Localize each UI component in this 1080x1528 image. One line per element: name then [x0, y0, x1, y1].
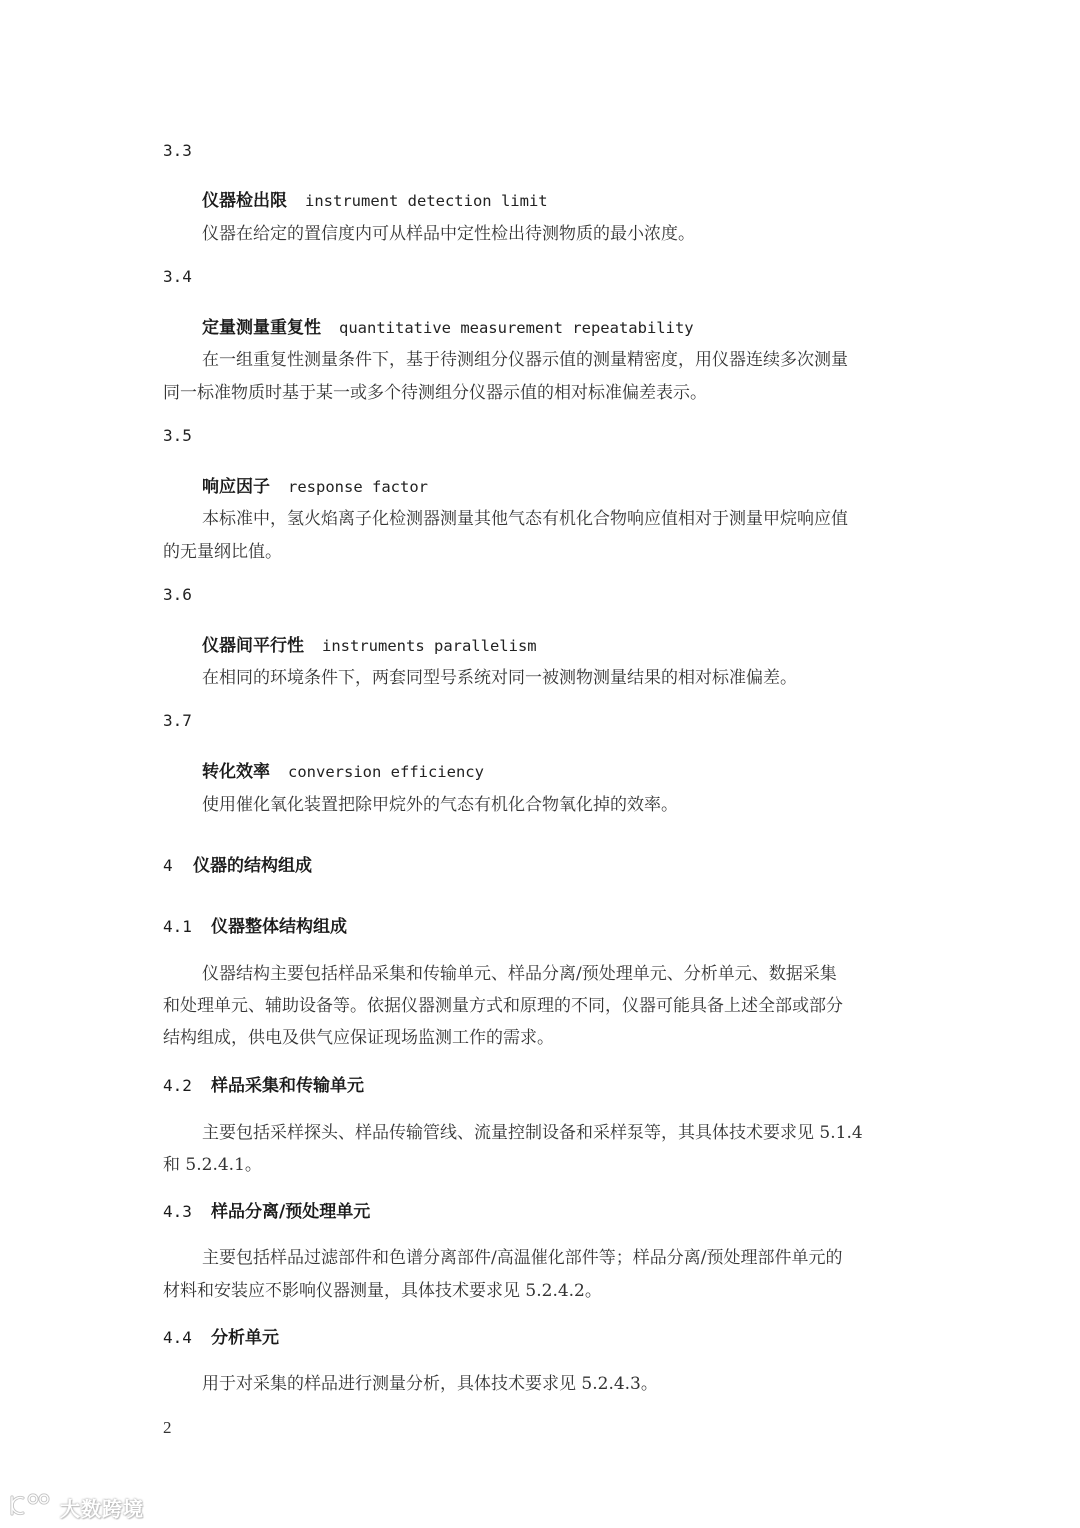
paragraph-line: 材料和安装应不影响仪器测量，具体技术要求见 5.2.4.2。 — [163, 1276, 602, 1301]
definition-line: 同一标准物质时基于某一或多个待测组分仪器示值的相对标准偏差表示。 — [163, 378, 707, 403]
document-page: 3.3 仪器检出限instrument detection limit 仪器在给… — [0, 0, 1080, 1528]
definition-line: 本标准中，氢火焰离子化检测器测量其他气态有机化合物响应值相对于测量甲烷响应值 — [202, 504, 848, 529]
definition-line: 在一组重复性测量条件下，基于待测组分仪器示值的测量精密度，用仪器连续多次测量 — [202, 345, 848, 370]
term-chinese: 定量测量重复性 — [202, 318, 321, 338]
paragraph-line: 和处理单元、辅助设备等。依据仪器测量方式和原理的不同，仪器可能具备上述全部或部分 — [163, 991, 843, 1016]
paragraph-line: 主要包括采样探头、样品传输管线、流量控制设备和采样泵等，其具体技术要求见 5.1… — [202, 1118, 863, 1143]
term-english: instruments parallelism — [322, 637, 537, 655]
watermark-text: 大数跨境 — [60, 1497, 144, 1521]
subsection-title: 样品采集和传输单元 — [211, 1076, 364, 1096]
term-chinese: 仪器间平行性 — [202, 636, 304, 656]
paragraph-line: 用于对采集的样品进行测量分析，具体技术要求见 5.2.4.3。 — [202, 1369, 658, 1394]
term-heading: 响应因子response factor — [202, 472, 428, 497]
subsection-heading: 4.1仪器整体结构组成 — [163, 912, 347, 937]
chapter-number: 4 — [163, 856, 193, 875]
definition-line: 的无量纲比值。 — [163, 537, 282, 562]
term-english: response factor — [288, 478, 428, 496]
paragraph-line: 仪器结构主要包括样品采集和传输单元、样品分离/预处理单元、分析单元、数据采集 — [202, 959, 837, 984]
paragraph-line: 和 5.2.4.1。 — [163, 1150, 262, 1175]
subsection-heading: 4.2样品采集和传输单元 — [163, 1071, 364, 1096]
chapter-heading: 4仪器的结构组成 — [163, 851, 312, 876]
chapter-title: 仪器的结构组成 — [193, 856, 312, 876]
section-number: 3.6 — [163, 585, 192, 604]
term-heading: 转化效率conversion efficiency — [202, 757, 484, 782]
section-number: 3.5 — [163, 426, 192, 445]
term-english: instrument detection limit — [305, 192, 548, 210]
term-english: conversion efficiency — [288, 763, 484, 781]
subsection-number: 4.3 — [163, 1202, 211, 1221]
term-heading: 仪器检出限instrument detection limit — [202, 186, 548, 211]
term-chinese: 仪器检出限 — [202, 191, 287, 211]
term-heading: 定量测量重复性quantitative measurement repeatab… — [202, 313, 694, 338]
section-number: 3.3 — [163, 141, 192, 160]
definition-line: 在相同的环境条件下，两套同型号系统对同一被测物测量结果的相对标准偏差。 — [202, 663, 797, 688]
subsection-number: 4.4 — [163, 1328, 211, 1347]
paragraph-line: 主要包括样品过滤部件和色谱分离部件/高温催化部件等；样品分离/预处理部件单元的 — [202, 1243, 842, 1268]
term-english: quantitative measurement repeatability — [339, 319, 694, 337]
subsection-heading: 4.4分析单元 — [163, 1323, 279, 1348]
term-chinese: 响应因子 — [202, 477, 270, 497]
k100-logo-icon — [8, 1492, 52, 1523]
subsection-number: 4.2 — [163, 1076, 211, 1095]
watermark: 大数跨境 — [8, 1492, 144, 1523]
subsection-title: 样品分离/预处理单元 — [211, 1202, 370, 1222]
paragraph-line: 结构组成，供电及供气应保证现场监测工作的需求。 — [163, 1023, 554, 1048]
subsection-title: 分析单元 — [211, 1328, 279, 1348]
definition-line: 仪器在给定的置信度内可从样品中定性检出待测物质的最小浓度。 — [202, 219, 695, 244]
term-chinese: 转化效率 — [202, 762, 270, 782]
section-number: 3.4 — [163, 267, 192, 286]
subsection-number: 4.1 — [163, 917, 211, 936]
term-heading: 仪器间平行性instruments parallelism — [202, 631, 537, 656]
definition-line: 使用催化氧化装置把除甲烷外的气态有机化合物氧化掉的效率。 — [202, 790, 678, 815]
page-number: 2 — [163, 1418, 172, 1438]
subsection-heading: 4.3样品分离/预处理单元 — [163, 1197, 370, 1222]
subsection-title: 仪器整体结构组成 — [211, 917, 347, 937]
section-number: 3.7 — [163, 711, 192, 730]
